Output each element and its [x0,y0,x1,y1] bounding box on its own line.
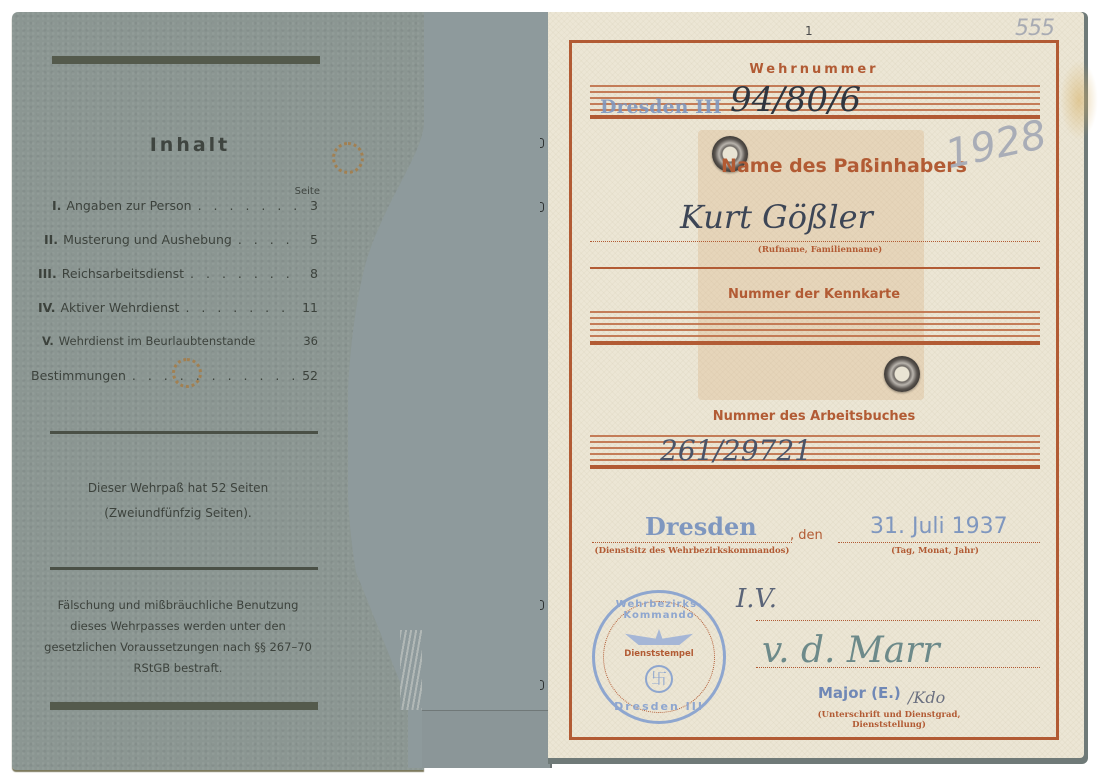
toc-leader: . . . . . . . . . . . . [192,198,296,213]
rank-suffix: /Kdo [908,688,945,707]
holder-name: Kurt Gößler [680,198,873,236]
toc-leader: . . . . . . . . . . . . [179,300,296,315]
arbeitsbuch-value: 261/29721 [660,434,812,467]
toc-title: Bestimmungen [31,368,126,383]
rust-stain [332,142,364,174]
rust-stain [172,358,202,388]
toc-number: V. [42,334,54,348]
toc-leader: . . . . . . . . . . . . [126,368,296,383]
signature-caption: (Unterschrift und Dienstgrad, Dienststel… [784,710,994,730]
arbeitsbuch-label: Nummer des Arbeitsbuches [569,409,1059,424]
binding-staple [540,680,544,690]
top-rule [52,56,320,64]
name-line [590,241,1040,242]
kennkarte-label: Nummer der Kennkarte [569,287,1059,302]
toc-item: II. Musterung und Aushebung . . . . . . … [38,232,318,266]
page-number: 1 [805,24,813,38]
divider [590,267,1040,269]
district-stamp: Dresden III [600,96,722,118]
pencil-annotation: 555 [1015,16,1054,41]
name-caption: (Rufname, Familienname) [750,245,890,255]
arbeitsbuch-lines [590,435,1040,469]
eyelet [884,356,920,392]
toc-number: I. [52,198,61,213]
place-line [592,542,792,543]
date-stamp: 31. Juli 1937 [870,514,1008,539]
toc-leader: . . . . . . . . . . . . [232,232,296,247]
wehrnummer-value: 94/80/6 [730,80,861,120]
signature: v. d. Marr [762,630,940,671]
date-line [838,542,1040,543]
kennkarte-lines [590,311,1040,345]
toc-page: 11 [296,300,318,315]
page-count-line: Dieser Wehrpaß hat 52 Seiten [38,476,318,501]
page-count-note: Dieser Wehrpaß hat 52 Seiten (Zweiundfün… [38,476,318,526]
binding-staple [540,600,544,610]
toc-title: Wehrdienst im Beurlaubtenstande [59,334,256,348]
worn-edge [400,630,422,710]
toc-number: III. [38,266,57,281]
signature-prefix: I.V. [736,584,777,614]
wreath-emblem-icon: 卐 [645,665,673,693]
toc-title: Angaben zur Person [66,198,191,213]
toc-item: I. Angaben zur Person . . . . . . . . . … [38,198,318,232]
binding-staple [540,138,544,148]
toc-number: IV. [38,300,55,315]
toc-title: Aktiver Wehrdienst [60,300,179,315]
toc-page: 3 [296,198,318,213]
wehrnummer-label: Wehrnummer [569,62,1059,77]
toc-page: 5 [296,232,318,247]
binding-staple [540,202,544,212]
seal-center-text: Dienststempel [595,649,723,659]
official-seal: Wehrbezirks-Kommando Dienststempel 卐 Dre… [592,590,726,724]
bottom-rule [50,702,318,710]
signature-line [756,667,1040,668]
pocket-bottom-band [422,710,550,768]
toc-page: 36 [296,334,318,348]
legal-warning: Fälschung und mißbräuchliche Benutzung d… [38,595,318,679]
den-label: , den [790,528,840,543]
toc-title: Musterung und Aushebung [63,232,232,247]
place-stamp: Dresden [645,512,757,541]
signature-line [756,620,1040,621]
contents-title: Inhalt [0,134,380,156]
stain [1060,60,1098,140]
divider [50,431,318,434]
toc-page: 52 [296,368,318,383]
page-count-line: (Zweiundfünfzig Seiten). [38,501,318,526]
toc-leader: . . . . . . . . . . . . [184,266,296,281]
place-caption: (Dienstsitz des Wehrbezirkskommandos) [592,546,792,556]
date-caption: (Tag, Monat, Jahr) [880,546,990,556]
rank-stamp: Major (E.) [818,684,901,702]
seal-bottom-text: Dresden III [595,700,723,713]
toc-item: III. Reichsarbeitsdienst . . . . . . . .… [38,266,318,300]
toc-title: Reichsarbeitsdienst [62,266,184,281]
toc-page: 8 [296,266,318,281]
toc-item: IV. Aktiver Wehrdienst . . . . . . . . .… [38,300,318,334]
seal-top-text: Wehrbezirks-Kommando [595,599,723,621]
page-column-header: Seite [295,186,320,197]
toc-number: II. [44,232,58,247]
divider [50,567,318,570]
